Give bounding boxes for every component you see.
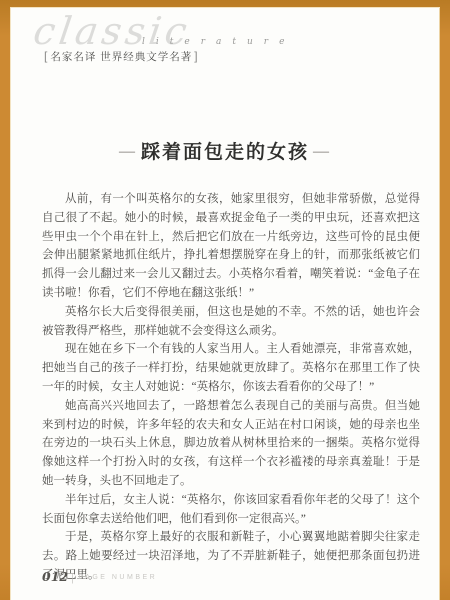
footer-divider: | — [68, 570, 78, 584]
literature-spaced-text: literature — [142, 37, 295, 47]
chapter-title: —踩着面包走的女孩— — [10, 137, 440, 164]
page-number-label: PAGE NUMBER — [79, 574, 158, 581]
book-photo-background: { "page": { "header": { "script_word": "… — [0, 0, 450, 600]
story-body: 从前，有一个叫英格尔的女孩，她家里很穷，但她非常骄傲，总觉得自己很了不起。她小的… — [42, 190, 420, 585]
book-page: classic literature [名家名译 世界经典文学名著] —踩着面包… — [10, 7, 440, 600]
body-paragraph: 从前，有一个叫英格尔的女孩，她家里很穷，但她非常骄傲，总觉得自己很了不起。她小的… — [42, 190, 420, 303]
series-label: [名家名译 世界经典文学名著] — [42, 49, 201, 64]
series-label-right-bracket: ] — [192, 49, 200, 63]
chapter-title-text: 踩着面包走的女孩 — [141, 142, 309, 163]
title-dash-left: — — [115, 143, 141, 160]
page-header: classic literature [名家名译 世界经典文学名著] — [10, 7, 440, 87]
body-paragraph: 她高高兴兴地回去了，一路想着怎么表现自己的美丽与高贵。但当她来到村边的时候，许多… — [42, 397, 420, 491]
page-footer: 012|PAGE NUMBER — [42, 568, 157, 584]
title-dash-right: — — [309, 143, 335, 160]
body-paragraph: 现在她在乡下一个有钱的人家当用人。主人看她漂亮，非常喜欢她，把她当自己的孩子一样… — [42, 340, 420, 396]
series-label-text: 名家名译 世界经典文学名著 — [50, 51, 192, 63]
body-paragraph: 英格尔长大后变得很美丽，但这也是她的不幸。不然的话，她也许会被管教得严格些，那样… — [42, 303, 420, 341]
body-paragraph: 半年过后，女主人说：“英格尔，你该回家看看你年老的父母了！这个长面包你拿去送给他… — [42, 491, 420, 529]
page-number: 012 — [42, 569, 68, 584]
